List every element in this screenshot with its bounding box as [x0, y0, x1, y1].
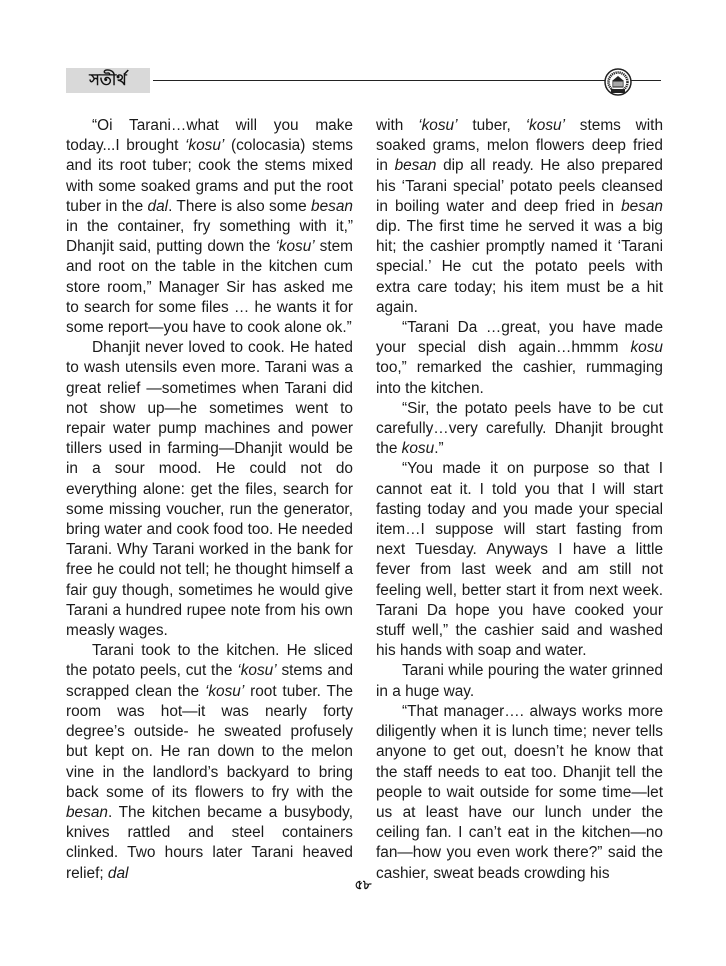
- paragraph: Tarani while pouring the water grinned i…: [376, 661, 663, 701]
- paragraph: “You made it on purpose so that I cannot…: [376, 459, 663, 661]
- paragraph: Tarani took to the kitchen. He sliced th…: [66, 641, 353, 883]
- paragraph: “That manager…. always works more dilige…: [376, 702, 663, 884]
- paragraph: “Sir, the potato peels have to be cut ca…: [376, 399, 663, 460]
- paragraph: Dhanjit never loved to cook. He hated to…: [66, 338, 353, 641]
- page-header: সতীর্থ: [0, 0, 726, 110]
- header-rule: [153, 80, 661, 81]
- paragraph: “Oi Tarani…what will you make today...I …: [66, 116, 353, 338]
- magazine-title: সতীর্থ: [66, 68, 150, 93]
- right-column: with ‘kosu’ tuber, ‘kosu’ stems with soa…: [376, 116, 663, 884]
- paragraph-continued: with ‘kosu’ tuber, ‘kosu’ stems with soa…: [376, 116, 663, 318]
- paragraph: “Tarani Da …great, you have made your sp…: [376, 318, 663, 399]
- left-column: “Oi Tarani…what will you make today...I …: [66, 116, 353, 884]
- college-emblem-icon: [604, 68, 632, 96]
- page-number: ৫৮: [0, 876, 726, 897]
